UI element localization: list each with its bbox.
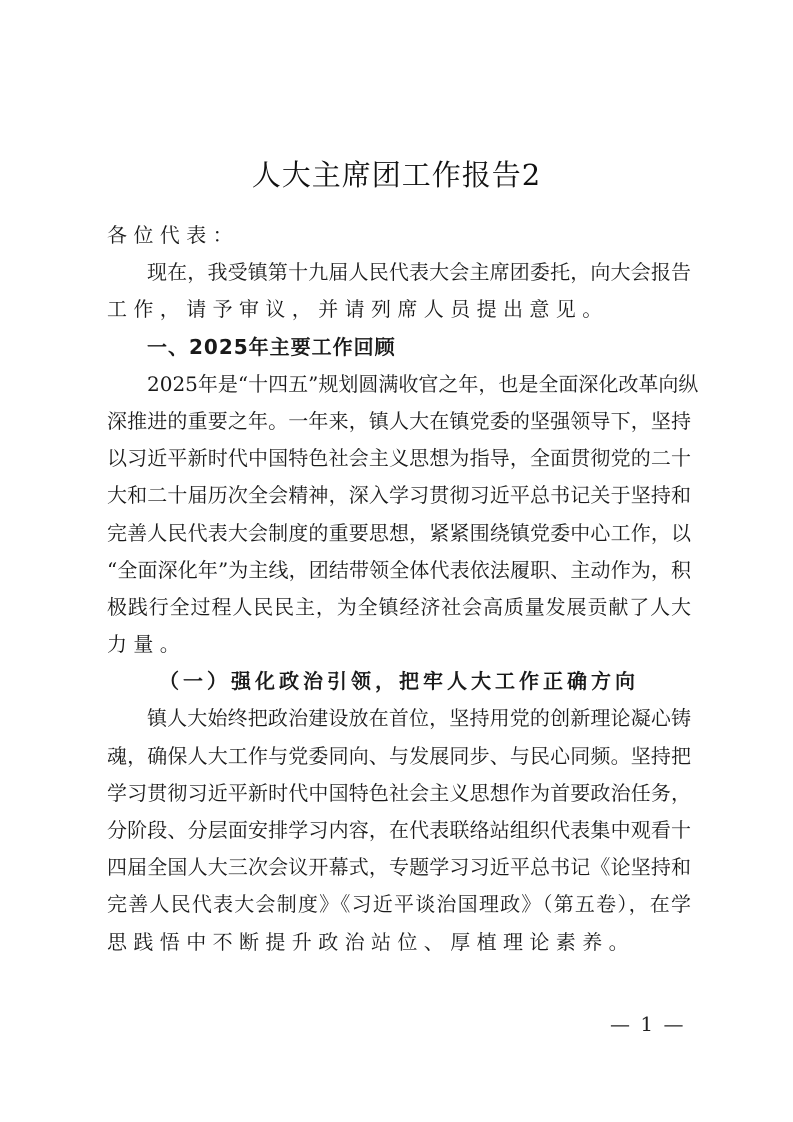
section-heading: 一、2025年主要工作回顾 — [107, 329, 691, 366]
paragraph-line: 力量。 — [107, 626, 691, 663]
paragraph-line: 以习近平新时代中国特色社会主义思想为指导，全面贯彻党的二十 — [107, 440, 691, 477]
paragraph-line: 大和二十届历次全会精神，深入学习贯彻习近平总书记关于坚持和 — [107, 477, 691, 514]
intro-line: 现在，我受镇第十九届人民代表大会主席团委托，向大会报告 — [107, 254, 691, 291]
paragraph-line: 学习贯彻习近平新时代中国特色社会主义思想作为首要政治任务， — [107, 775, 691, 812]
paragraph-line: 四届全国人大三次会议开幕式，专题学习习近平总书记《论坚持和 — [107, 849, 691, 886]
intro-line: 工作，请予审议，并请列席人员提出意见。 — [107, 291, 691, 328]
page-number: — 1 — — [610, 1012, 685, 1036]
paragraph-line: 分阶段、分层面安排学习内容，在代表联络站组织代表集中观看十 — [107, 812, 691, 849]
document-page: 人大主席团工作报告2 各位代表： 现在，我受镇第十九届人民代表大会主席团委托，向… — [0, 0, 793, 1122]
paragraph-line: 魂，确保人大工作与党委同向、与发展同步、与民心同频。坚持把 — [107, 738, 691, 775]
paragraph-line: 极践行全过程人民民主，为全镇经济社会高质量发展贡献了人大 — [107, 589, 691, 626]
paragraph-line: 完善人民代表大会制度》《习近平谈治国理政》（第五卷），在学 — [107, 886, 691, 923]
paragraph-line: 2025年是“十四五”规划圆满收官之年，也是全面深化改革向纵 — [107, 366, 691, 403]
salutation: 各位代表： — [107, 217, 691, 254]
paragraph-line: 完善人民代表大会制度的重要思想，紧紧围绕镇党委中心工作，以 — [107, 515, 691, 552]
paragraph-line: 思践悟中不断提升政治站位、厚植理论素养。 — [107, 924, 691, 961]
document-body: 各位代表： 现在，我受镇第十九届人民代表大会主席团委托，向大会报告 工作，请予审… — [107, 217, 691, 961]
paragraph-line: 镇人大始终把政治建设放在首位，坚持用党的创新理论凝心铸 — [107, 700, 691, 737]
paragraph-line: 深推进的重要之年。一年来，镇人大在镇党委的坚强领导下，坚持 — [107, 403, 691, 440]
document-title: 人大主席团工作报告2 — [0, 153, 793, 194]
paragraph-line: “全面深化年”为主线，团结带领全体代表依法履职、主动作为，积 — [107, 552, 691, 589]
subsection-heading: （一）强化政治引领，把牢人大工作正确方向 — [107, 663, 691, 700]
